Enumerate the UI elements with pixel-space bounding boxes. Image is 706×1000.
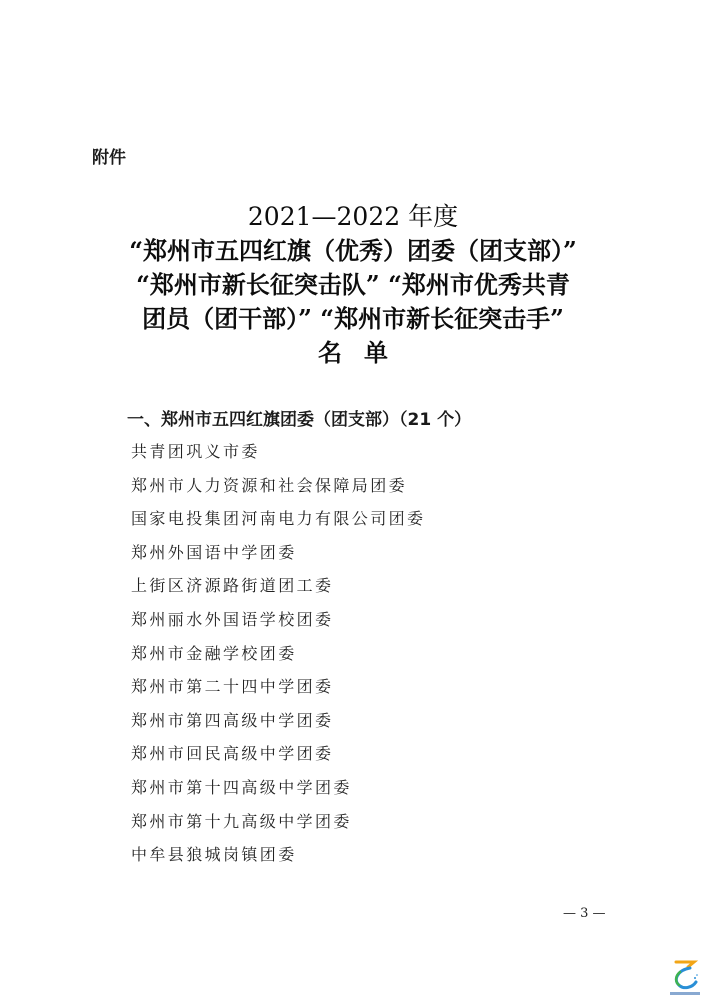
list-item: 中牟县狼城岗镇团委 [131,843,425,877]
title-line-list-name: 名单 [0,336,706,370]
list-item: 郑州丽水外国语学校团委 [131,608,425,642]
list-item: 郑州市第十四高级中学团委 [131,776,425,810]
list-item: 郑州市回民高级中学团委 [131,742,425,776]
page-number: — 3 — [563,906,606,921]
list-item: 郑州市第十九高级中学团委 [131,810,425,844]
document-title: 2021—2022 年度 “郑州市五四红旗（优秀）团委（团支部）” “郑州市新长… [0,200,706,370]
section-heading: 一、郑州市五四红旗团委（团支部）（21 个） [127,405,471,430]
logo-icon [668,958,702,998]
title-line: “郑州市五四红旗（优秀）团委（团支部）” [0,234,706,268]
attachment-label: 附件 [92,143,126,168]
list-item: 郑州市金融学校团委 [131,642,425,676]
title-line: 团员（团干部）” “郑州市新长征突击手” [0,302,706,336]
list-item: 郑州外国语中学团委 [131,541,425,575]
list-item: 郑州市人力资源和社会保障局团委 [131,474,425,508]
title-line: “郑州市新长征突击队” “郑州市优秀共青 [0,268,706,302]
list-item: 上街区济源路街道团工委 [131,574,425,608]
title-line-year: 2021—2022 年度 [0,200,706,234]
list-item: 郑州市第四高级中学团委 [131,709,425,743]
list-item: 共青团巩义市委 [131,440,425,474]
list-item: 郑州市第二十四中学团委 [131,675,425,709]
list-item: 国家电投集团河南电力有限公司团委 [131,507,425,541]
organization-list: 共青团巩义市委 郑州市人力资源和社会保障局团委 国家电投集团河南电力有限公司团委… [131,440,425,877]
